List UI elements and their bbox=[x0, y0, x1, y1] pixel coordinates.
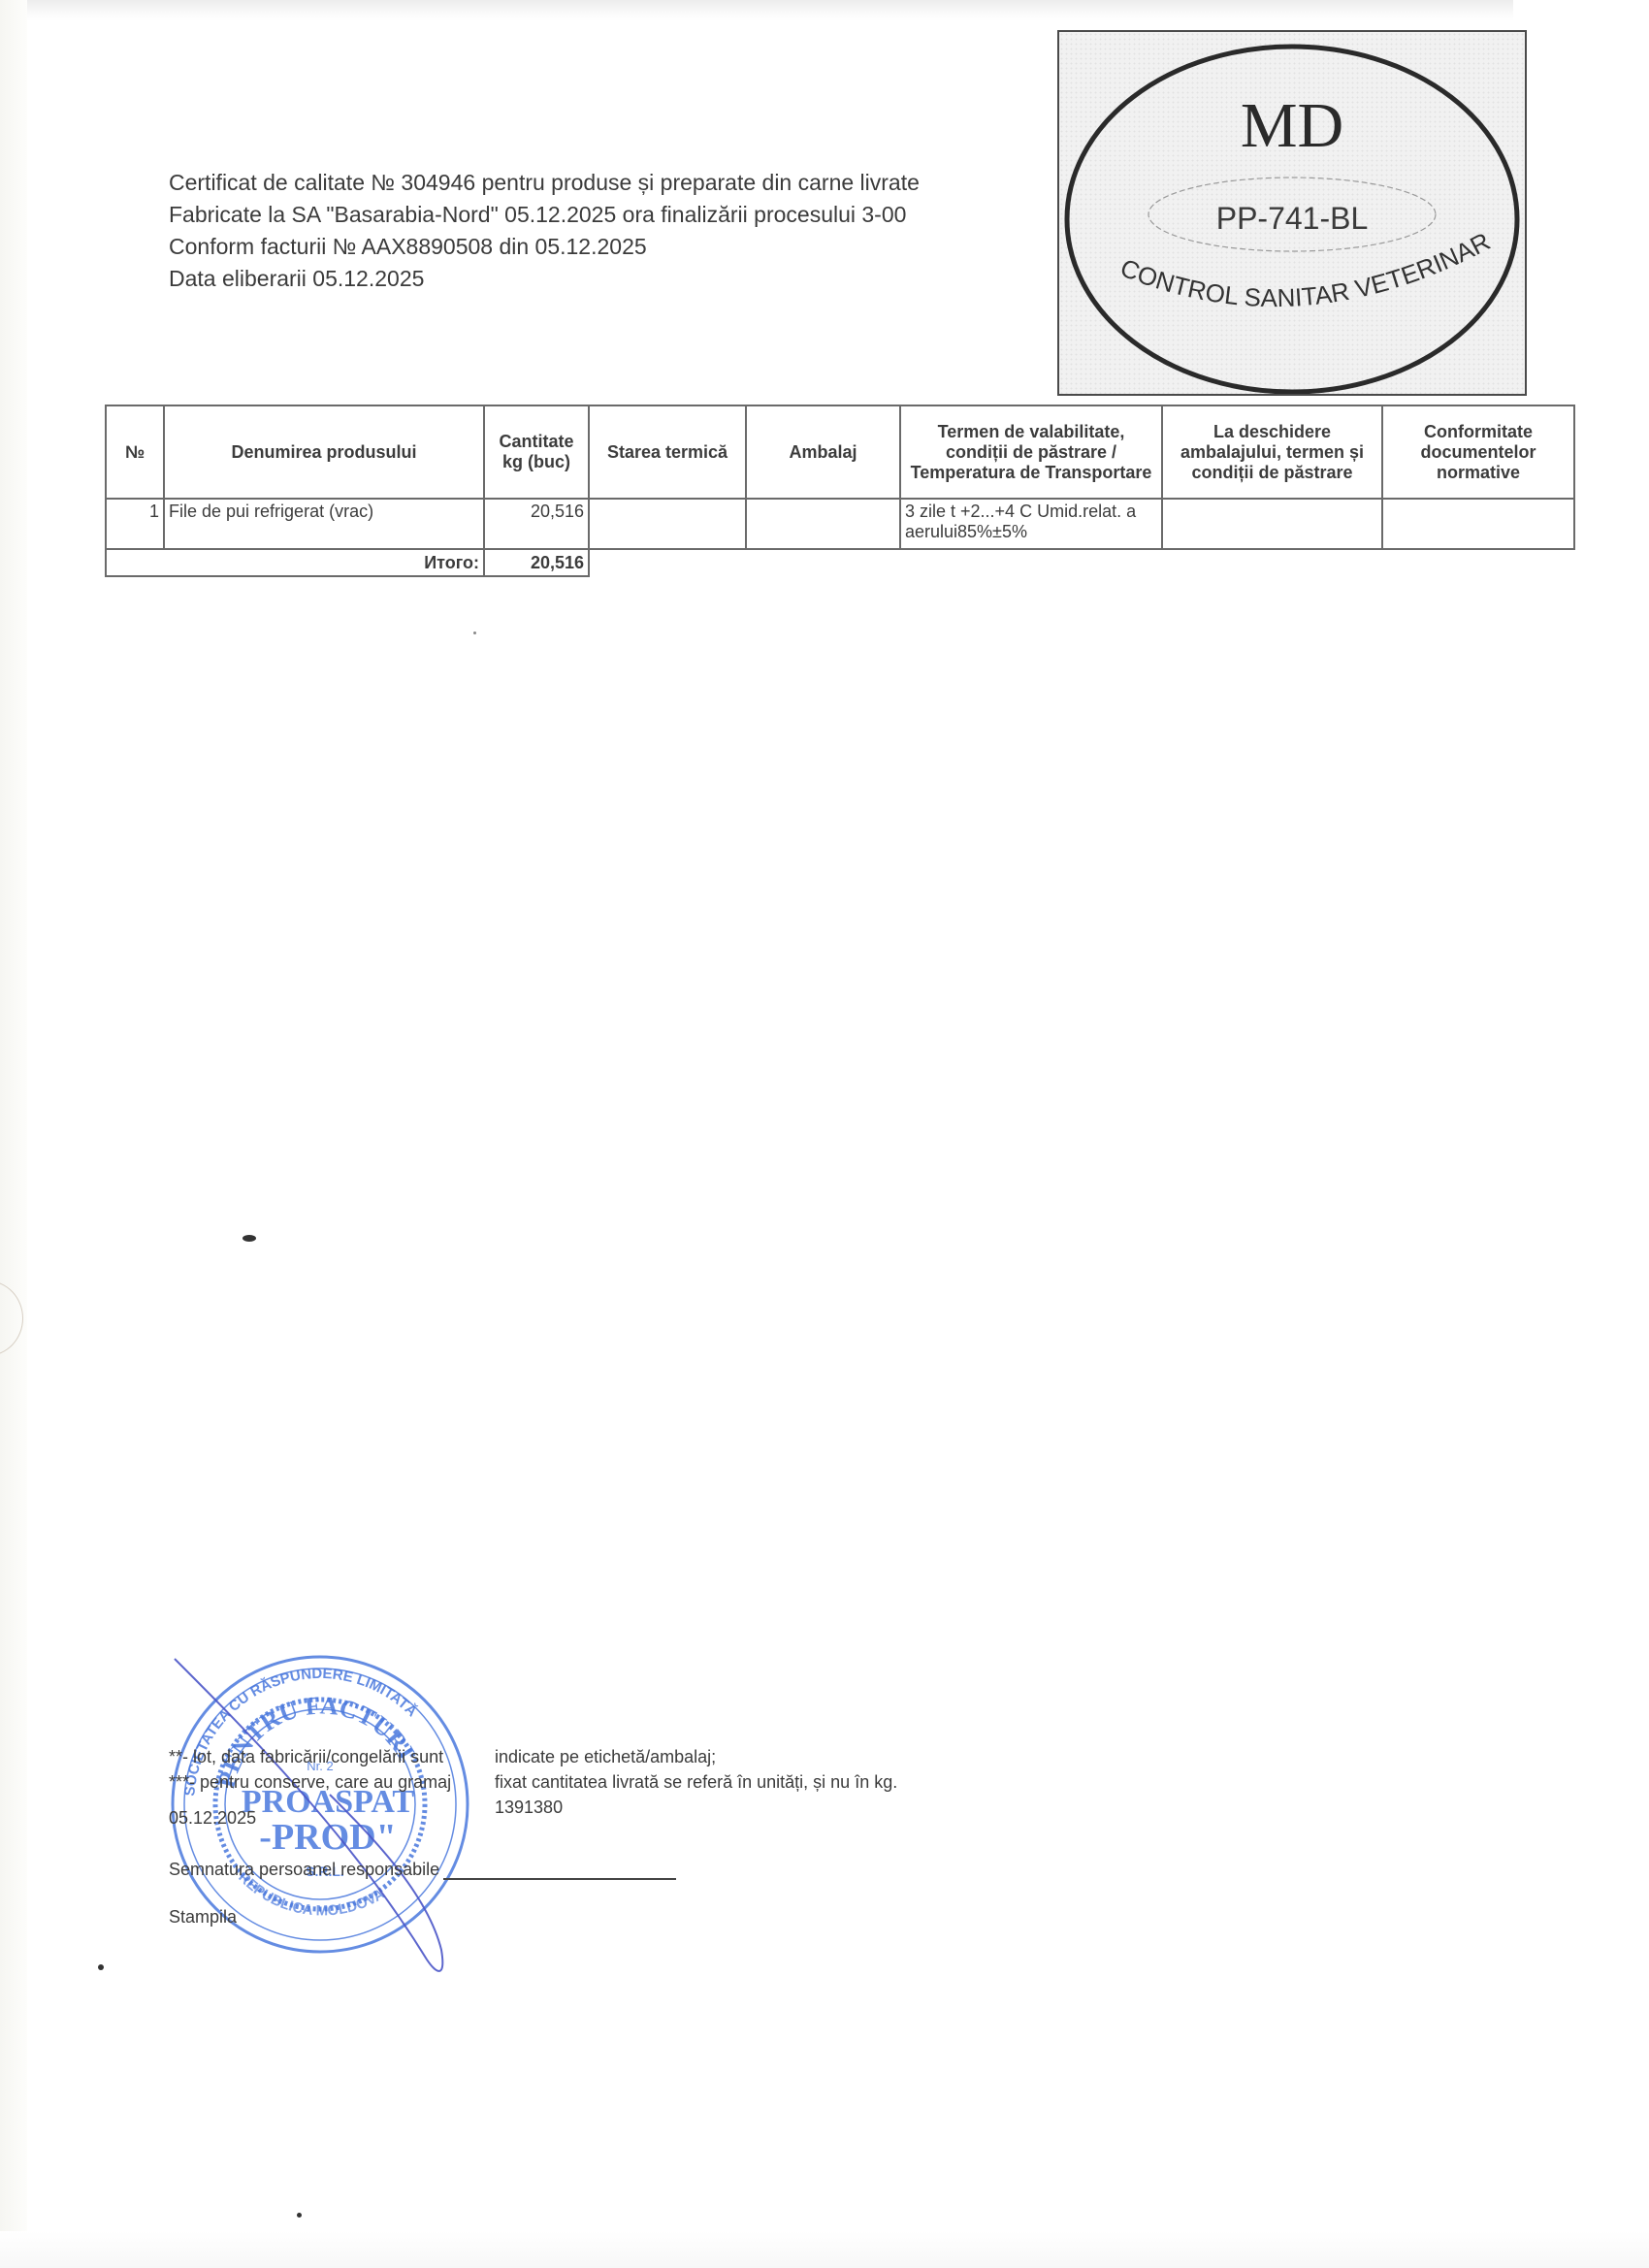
scan-speck bbox=[473, 632, 476, 634]
row-conformity bbox=[1382, 499, 1574, 549]
veterinary-control-stamp: MD PP-741-BL CONTROL SANITAR VETERINAR bbox=[1057, 30, 1527, 396]
col-header-after-opening: La deschidere ambalajului, termen și con… bbox=[1162, 405, 1382, 499]
col-header-number: № bbox=[106, 405, 164, 499]
vet-stamp-caption-path: CONTROL SANITAR VETERINAR bbox=[1116, 226, 1495, 312]
table-total-row: Итого: 20,516 bbox=[106, 549, 1574, 576]
footnote-conserves-left: ***- pentru conserve, care au gramaj bbox=[169, 1769, 451, 1795]
scan-edge-top bbox=[0, 0, 1513, 21]
table-header-row: № Denumirea produsului Cantitate kg (buc… bbox=[106, 405, 1574, 499]
total-label: Итого: bbox=[106, 549, 484, 576]
row-quantity: 20,516 bbox=[484, 499, 589, 549]
row-number: 1 bbox=[106, 499, 164, 549]
signature-date: 05.12.2025 bbox=[169, 1808, 256, 1829]
scan-speck bbox=[297, 2213, 302, 2218]
signature-field bbox=[443, 1861, 676, 1880]
invoice-line: Conform facturii № AAX8890508 din 05.12.… bbox=[169, 231, 920, 263]
col-header-thermal-state: Starea termică bbox=[589, 405, 746, 499]
issue-date-line: Data eliberarii 05.12.2025 bbox=[169, 263, 920, 295]
row-after-opening bbox=[1162, 499, 1382, 549]
col-header-shelf-life: Termen de valabilitate, condiții de păst… bbox=[900, 405, 1162, 499]
stamp-label: Stampila bbox=[169, 1907, 237, 1928]
row-shelf-life: 3 zile t +2...+4 C Umid.relat. a aerului… bbox=[900, 499, 1162, 549]
col-header-product: Denumirea produsului bbox=[164, 405, 484, 499]
certificate-header: Certificat de calitate № 304946 pentru p… bbox=[169, 167, 920, 295]
scan-edge-bottom bbox=[0, 2231, 1649, 2268]
footnote-lot-right: indicate pe etichetă/ambalaj; bbox=[495, 1744, 716, 1769]
row-thermal-state bbox=[589, 499, 746, 549]
manufacturer-line: Fabricate la SA "Basarabia-Nord" 05.12.2… bbox=[169, 199, 920, 231]
vet-stamp-code: PP-741-BL bbox=[1216, 201, 1369, 236]
vet-stamp-country: MD bbox=[1241, 90, 1343, 161]
vet-stamp-caption: CONTROL SANITAR VETERINAR bbox=[1116, 226, 1495, 312]
signature-line: Semnatura persoanel responsabile bbox=[169, 1860, 676, 1880]
certificate-title: Certificat de calitate № 304946 pentru p… bbox=[169, 167, 920, 199]
table-row: 1 File de pui refrigerat (vrac) 20,516 3… bbox=[106, 499, 1574, 549]
scan-speck bbox=[242, 1235, 256, 1242]
col-header-quantity: Cantitate kg (buc) bbox=[484, 405, 589, 499]
col-header-packaging: Ambalaj bbox=[746, 405, 900, 499]
footnote-lot-left: **- lot, data fabricării/congelării sunt bbox=[169, 1744, 443, 1769]
products-table: № Denumirea produsului Cantitate kg (buc… bbox=[105, 405, 1575, 577]
document-code: 1391380 bbox=[495, 1795, 563, 1820]
row-packaging bbox=[746, 499, 900, 549]
vet-stamp-oval-icon: MD PP-741-BL CONTROL SANITAR VETERINAR bbox=[1059, 32, 1525, 394]
scan-speck bbox=[98, 1964, 104, 1970]
total-value: 20,516 bbox=[484, 549, 589, 576]
scan-edge-left bbox=[0, 0, 27, 2268]
col-header-conformity: Conformitate documentelor normative bbox=[1382, 405, 1574, 499]
row-product: File de pui refrigerat (vrac) bbox=[164, 499, 484, 549]
signature-label: Semnatura persoanel responsabile bbox=[169, 1860, 439, 1879]
total-row-empty bbox=[589, 549, 1574, 576]
footnote-conserves-right: fixat cantitatea livrată se referă în un… bbox=[495, 1769, 897, 1795]
